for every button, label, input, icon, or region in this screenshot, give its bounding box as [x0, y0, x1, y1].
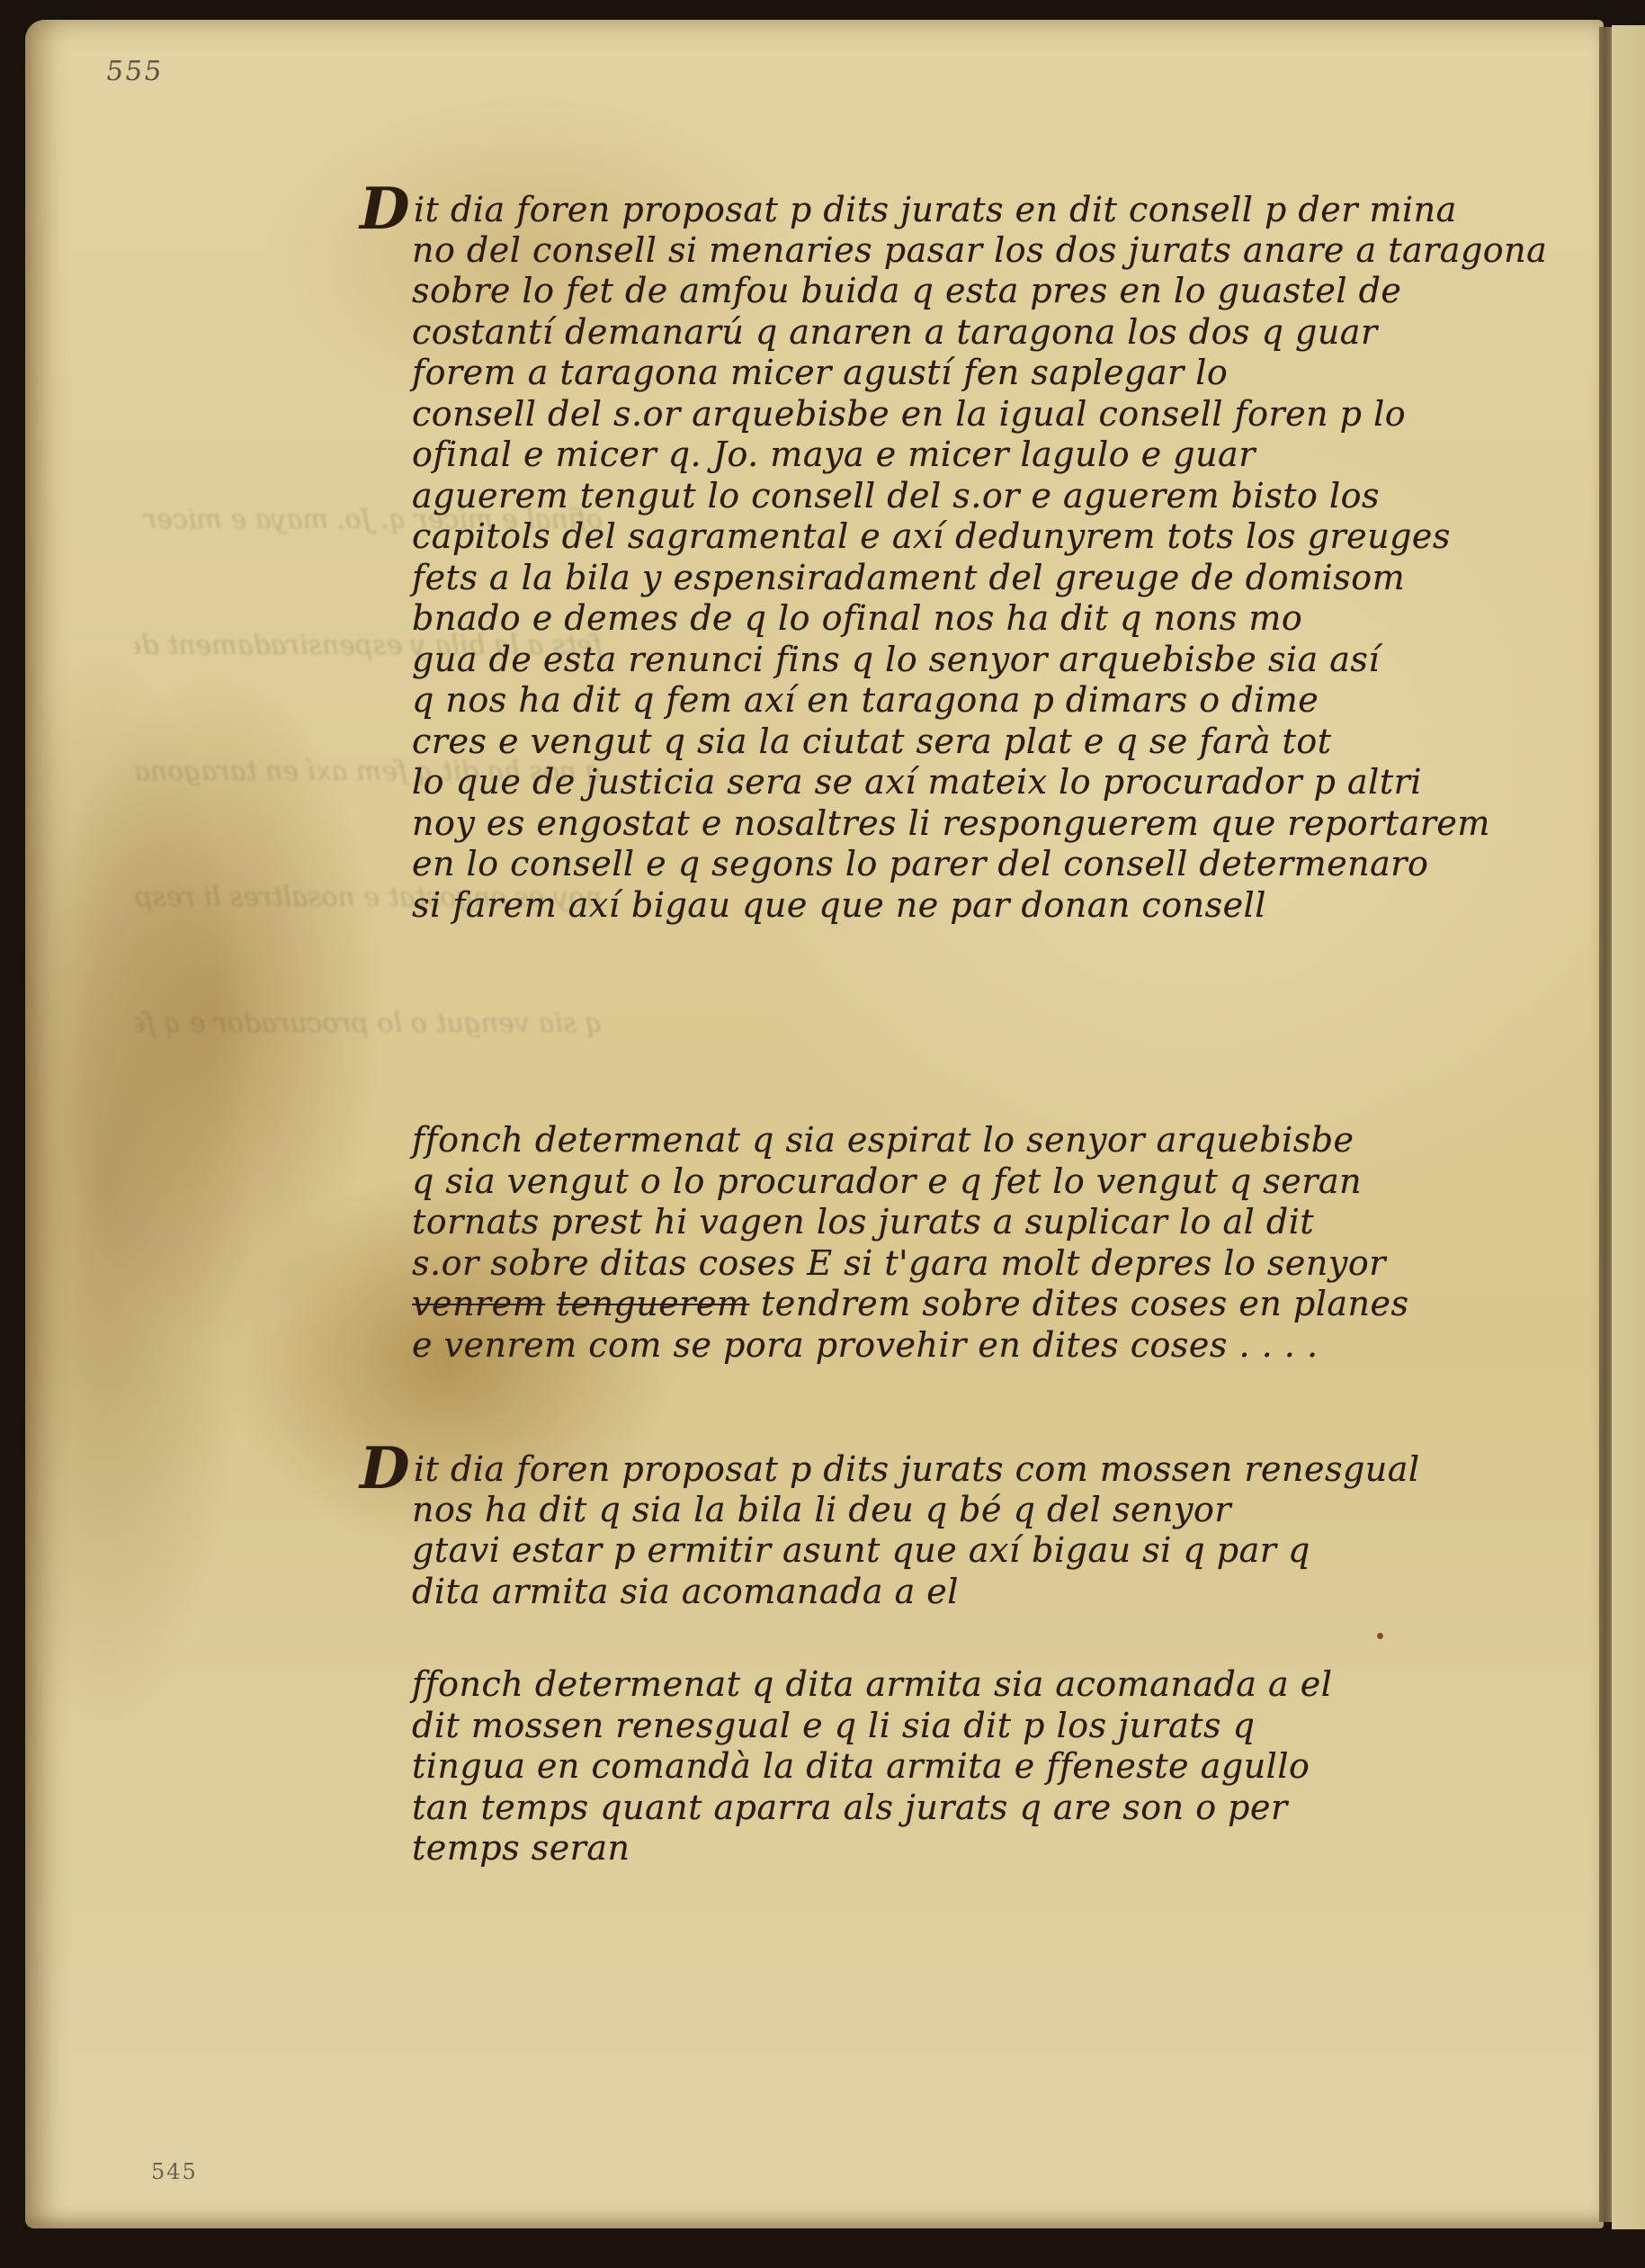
text-line: consell del s.or arquebisbe en la igual … [360, 394, 1529, 435]
text-line: Dit dia foren proposat p dits jurats en … [360, 189, 1529, 230]
text-line: gtavi estar p ermitir asunt que axí biga… [360, 1530, 1529, 1572]
text-line: lo que de justicia sera se axí mateix lo… [360, 762, 1529, 803]
manuscript-scan: 555 545 ofinal e micer q. Jo. maya e mic… [0, 0, 1645, 2268]
text-line: dit mossen renesgual e q li sia dit p lo… [360, 1706, 1529, 1747]
initial-letter: D [360, 1435, 410, 1502]
adjacent-leaf-edge [1612, 25, 1645, 2229]
text-line: Dit dia foren proposat p dits jurats com… [360, 1448, 1529, 1490]
text-line: en lo consell e q segons lo parer del co… [360, 844, 1529, 885]
text-line: cres e vengut q sia la ciutat sera plat … [360, 722, 1529, 763]
text-line: s.or sobre ditas coses E si t'gara molt … [360, 1243, 1529, 1285]
text-line: gua de esta renunci fins q lo senyor arq… [360, 640, 1529, 681]
paragraph-entry-3: Dit dia foren proposat p dits jurats com… [360, 1448, 1529, 1612]
text-line: capitols del sagramental e axí dedunyrem… [360, 516, 1529, 558]
text-line: ffonch determenat q dita armita sia acom… [360, 1664, 1529, 1706]
folio-number-top: 555 [104, 56, 165, 87]
text-line-remainder: tendrem sobre dites coses en planes [761, 1284, 1408, 1323]
text-line: aguerem tengut lo consell del s.or e agu… [360, 476, 1529, 517]
text-line: ofinal e micer q. Jo. maya e micer lagul… [360, 435, 1529, 476]
paragraph-entry-4: ffonch determenat q dita armita sia acom… [360, 1664, 1529, 1869]
text-line: q nos ha dit q fem axí en taragona p dim… [360, 680, 1529, 722]
folio-number-bottom: 545 [151, 2159, 198, 2184]
text-line: venrem tenguerem tendrem sobre dites cos… [360, 1284, 1529, 1325]
text-line: noy es engostat e nosaltres li respongue… [360, 803, 1529, 845]
text-line: ffonch determenat q sia espirat lo senyo… [360, 1120, 1529, 1161]
text-line: temps seran [360, 1828, 1529, 1869]
text-line: forem a taragona micer agustí fen sapleg… [360, 353, 1529, 394]
text-line: sobre lo fet de amfou buida q esta pres … [360, 271, 1529, 312]
text-line: tan temps quant aparra als jurats q are … [360, 1788, 1529, 1829]
text-line: q sia vengut o lo procurador e q fet lo … [360, 1161, 1529, 1203]
text-line: bnado e demes de q lo ofinal nos ha dit … [360, 598, 1529, 640]
text-line: tingua en comandà la dita armita e ffene… [360, 1746, 1529, 1788]
text-line: nos ha dit q sia la bila li deu q bé q d… [360, 1490, 1529, 1531]
text-line: no del consell si menaries pasar los dos… [360, 230, 1529, 272]
initial-letter: D [360, 175, 410, 243]
text-line: fets a la bila y espensiradament del gre… [360, 558, 1529, 599]
text-line: e venrem com se pora provehir en dites c… [360, 1325, 1529, 1367]
text-line: si farem axí bigau que que ne par donan … [360, 885, 1529, 927]
binding-gutter [1599, 27, 1612, 2222]
text-line: tornats prest hi vagen los jurats a supl… [360, 1202, 1529, 1243]
ink-spot [1377, 1633, 1383, 1639]
bleed-through-text: q sia vengut o lo procurador e q fet lo … [135, 1008, 603, 1039]
struck-word: tenguerem [557, 1284, 750, 1323]
struck-word: venrem [412, 1284, 545, 1323]
text-line: costantí demanarú q anaren a taragona lo… [360, 312, 1529, 354]
paragraph-entry-1: Dit dia foren proposat p dits jurats en … [360, 189, 1529, 926]
paragraph-entry-2: ffonch determenat q sia espirat lo senyo… [360, 1120, 1529, 1366]
text-line: dita armita sia acomanada a el [360, 1572, 1529, 1613]
